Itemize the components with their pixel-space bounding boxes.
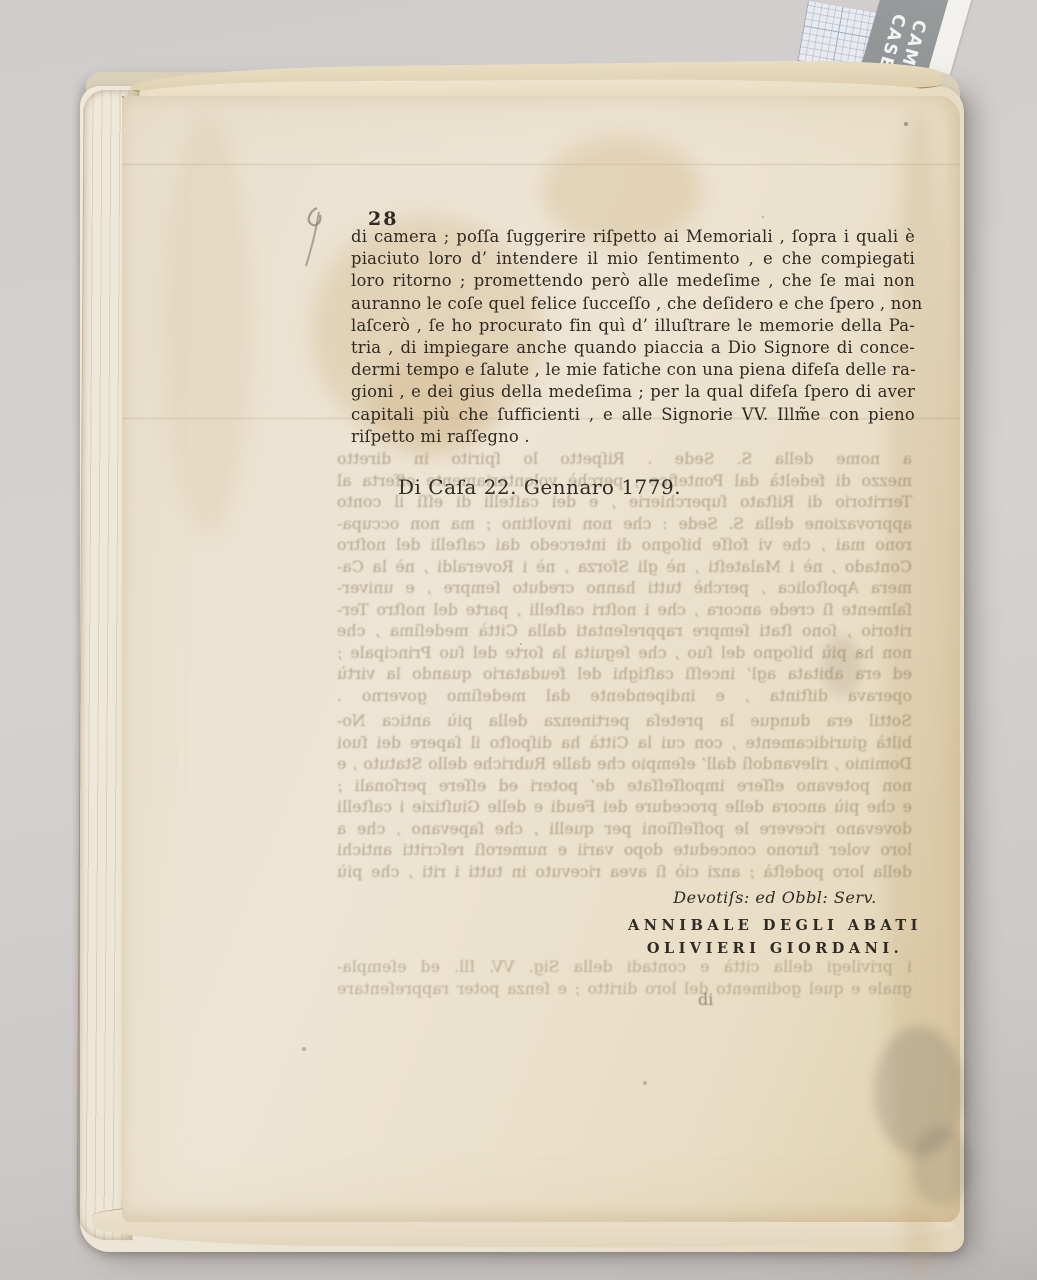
- signature-name-line2: OLIVIERI GIORDANI.: [620, 937, 930, 960]
- body-line: piaciuto loro d’ intendere il mio ſentim…: [351, 248, 915, 270]
- showthrough-line: dovevano ricevere le poſſeſſioni per que…: [337, 818, 912, 840]
- body-text: di camera ; poſſa ſuggerire riſpetto ai …: [351, 226, 915, 448]
- showthrough-line: Dominio , rilevandoſi dall’ eſempio che …: [337, 753, 912, 775]
- showthrough-line: Contado , nè i Malateſti , nè gli Sforza…: [337, 556, 912, 578]
- showthrough-line: non potevano eſſere impoſſeſſate de’ pot…: [337, 775, 912, 797]
- body-line: gioni , e dei gius della medeſima ; per …: [351, 381, 915, 403]
- document-page: a nome della S. Sede . Riſpetto lo ſpiri…: [122, 96, 960, 1222]
- showthrough-line: Sottil era dunque la preteſa pertinenza …: [337, 710, 912, 732]
- photo-scene: CAMINI CASE a nome della S. Sede .: [0, 0, 1037, 1280]
- showthrough-line: e che più ancora delle procedure dei Feu…: [337, 796, 912, 818]
- signature-block: Devotiſs: ed Obbl: Serv. ANNIBALE DEGLI …: [620, 888, 930, 960]
- showthrough-line: a nome della S. Sede . Riſpetto lo ſpiri…: [337, 448, 912, 470]
- showthrough-line: non ha più biſogno del ſuo , che ſeguita…: [337, 642, 912, 664]
- dateline: Di Caſa 22. Gennaro 1779.: [398, 475, 681, 499]
- body-line: di camera ; poſſa ſuggerire riſpetto ai …: [351, 226, 915, 248]
- showthrough-line: loro voler furono concedute dopo varii e…: [337, 839, 912, 861]
- showthrough-line: ritorio , ſono ſtati ſempre rappreſentat…: [337, 620, 912, 642]
- body-line: laſcerò , ſe ho procurato fin quì d’ ill…: [351, 315, 915, 337]
- showthrough-block: Sottil era dunque la preteſa pertinenza …: [337, 710, 912, 882]
- signature-name-line1: ANNIBALE DEGLI ABATI: [620, 914, 930, 937]
- showthrough-line: della loro podeſtà ; anzi ciò ſi avea ri…: [337, 861, 912, 883]
- showthrough-line: rono mai , che vi foſſe biſogno di inter…: [337, 534, 912, 556]
- edge-toning: [162, 116, 252, 536]
- showthrough-line: biltà giuridicamente , con cui la Città …: [337, 732, 912, 754]
- showthrough-line: ſalmente ſi crede ancora , che i noſtri …: [337, 599, 912, 621]
- showthrough-line: approvazione della S. Sede : che non inv…: [337, 513, 912, 535]
- body-line: riſpetto mi raſſegno .: [351, 426, 915, 448]
- body-line: loro ritorno ; promettendo però alle med…: [351, 270, 915, 292]
- graphite-smudge: [912, 1126, 972, 1206]
- ink-specks: [122, 96, 124, 98]
- body-line: tria , di impiegare anche quando piaccia…: [351, 337, 915, 359]
- showthrough-block: i privilegi della città e contadi della …: [337, 956, 912, 999]
- paper-crease: [122, 164, 960, 165]
- catchword: di: [698, 990, 713, 1009]
- body-line: dermi tempo e ſalute , le mie fatiche co…: [351, 359, 915, 381]
- showthrough-line: operava diſtinta , e indipendente dal me…: [337, 685, 912, 707]
- signature-salutation: Devotiſs: ed Obbl: Serv.: [620, 888, 930, 907]
- body-line: auranno le coſe quel felice ſucceſſo , c…: [351, 293, 915, 315]
- showthrough-line: ed era abitata agl’ inceſſi caſtighi del…: [337, 663, 912, 685]
- showthrough-line: gnale e quel godimento del loro diritto …: [337, 978, 912, 1000]
- showthrough-line: mera Apoſtolica , perchè tutti hanno cre…: [337, 577, 912, 599]
- pencil-mark: [290, 200, 330, 280]
- body-line: capitali più che ſufficienti , e alle Si…: [351, 404, 915, 426]
